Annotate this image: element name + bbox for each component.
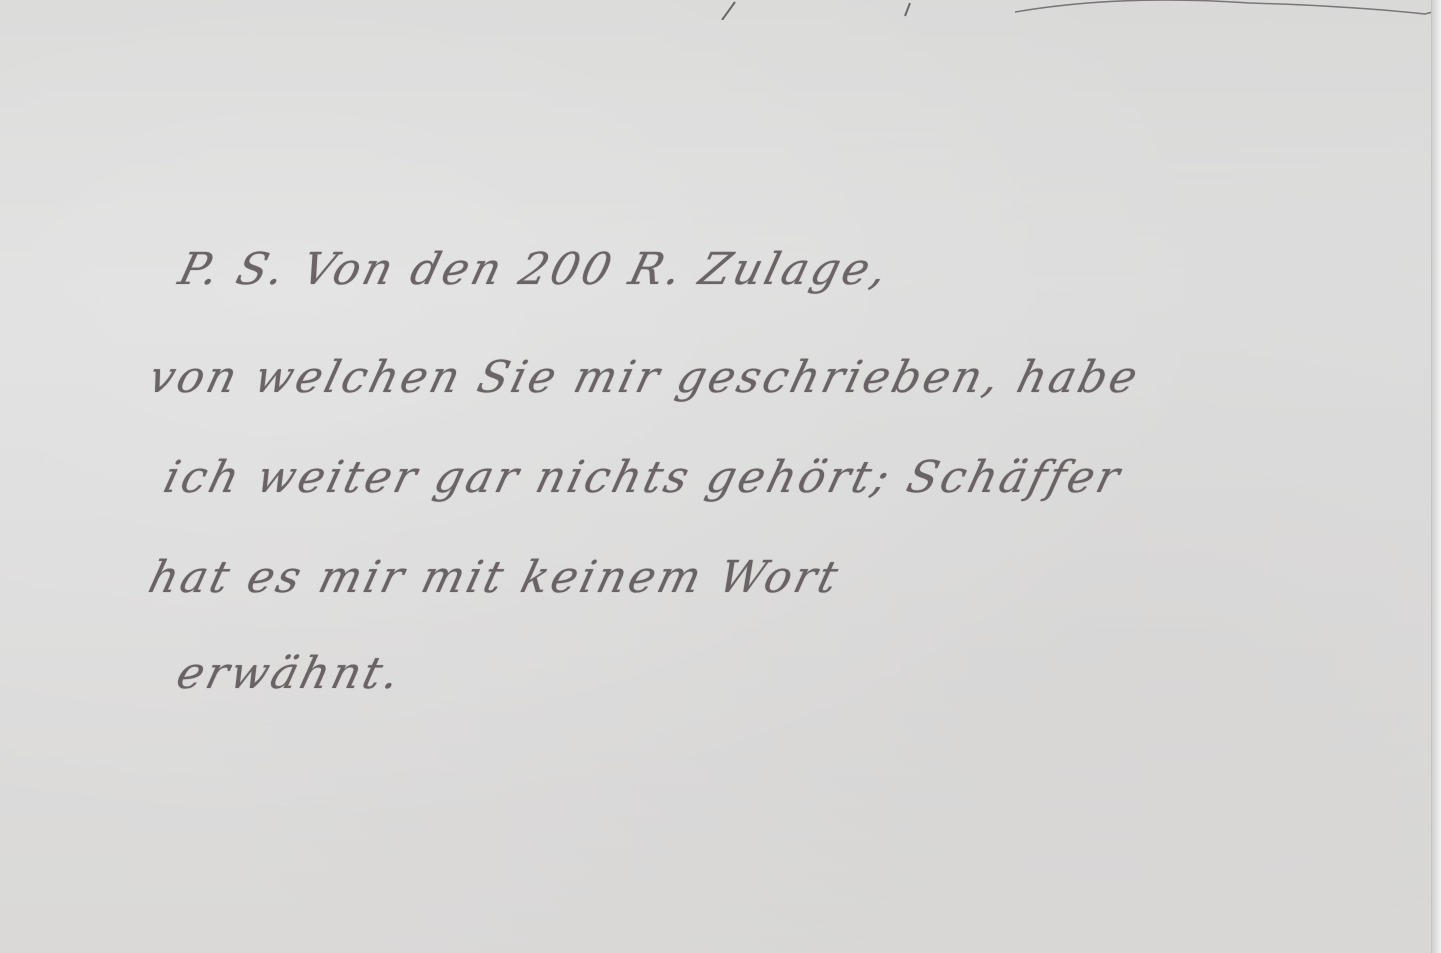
text-line-1: P. S. Von den 200 R. Zulage, — [174, 244, 895, 295]
text-line-5: erwähnt. — [172, 648, 408, 699]
document-page: P. S. Von den 200 R. Zulage, von welchen… — [0, 0, 1441, 953]
page-edge — [1431, 0, 1441, 953]
text-line-3: ich weiter gar nichts gehört; Schäffer — [159, 452, 1128, 503]
text-line-2: von welchen Sie mir geschrieben, habe — [144, 352, 1146, 403]
text-line-4: hat es mir mit keinem Wort — [144, 552, 846, 603]
handwritten-postscript: P. S. Von den 200 R. Zulage, von welchen… — [0, 0, 1441, 953]
